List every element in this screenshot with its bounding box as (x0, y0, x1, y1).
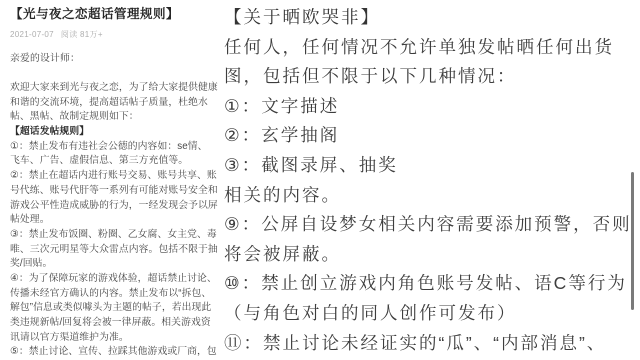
article-title: 【光与夜之恋超话管理规则】 (10, 6, 218, 23)
article-read-count: 阅读 81万+ (61, 30, 103, 40)
text-line: 和谐的交流环境，提高超话帖子质量，杜绝水 (10, 96, 218, 111)
text-line: 欢迎大家来到光与夜之恋，为了给大家提供健康 (10, 81, 218, 96)
text-line: 帖处理。 (10, 213, 218, 228)
text-line: 号代练、账号代肝等一系列有可能对账号安全和 (10, 184, 218, 199)
text-line: 奖/回贴。 (10, 257, 218, 272)
text-line: ③：禁止发布饭圈、粉圈、乙女腐、女主党、毒 (10, 228, 218, 243)
section-heading: 【超话发帖规则】 (10, 125, 218, 140)
text-line: ④：为了保障玩家的游戏体验，超话禁止讨论、 (10, 272, 218, 287)
article-panel: 【光与夜之恋超话管理规则】 2021-07-07 阅读 81万+ 亲爱的设计师：… (10, 6, 218, 360)
greeting-line: 亲爱的设计师： (10, 53, 218, 64)
article-date: 2021-07-07 (10, 30, 54, 40)
article-body: 欢迎大家来到光与夜之恋，为了给大家提供健康 和谐的交流环境，提高超话帖子质量，杜… (10, 81, 218, 360)
text-line: （与角色对白的同人创作可发布） (224, 299, 638, 329)
text-line: ⑪：禁止讨论未经证实的“瓜”、“内部消息”、 (224, 329, 638, 359)
article-meta: 2021-07-07 阅读 81万+ (10, 30, 218, 40)
text-line: 讯请以官方渠道维护为准。 (10, 331, 218, 346)
screenshot-root: 【光与夜之恋超话管理规则】 2021-07-07 阅读 81万+ 亲爱的设计师：… (0, 0, 640, 360)
text-line: 解包”信息或类似噱头为主题的帖子，若出现此 (10, 301, 218, 316)
text-line: 任何人，任何情况不允许单独发帖晒任何出货 (224, 33, 638, 63)
text-line: 将会被屏蔽。 (224, 240, 638, 270)
text-line: ⑤：禁止讨论、宣传、拉踩其他游戏或厂商，包 (10, 345, 218, 360)
text-line: 传播未经官方确认的内容。禁止发布以“拆包、 (10, 287, 218, 302)
scrollbar-thumb[interactable] (631, 172, 634, 310)
text-line: 游戏公平性造成威胁的行为，一经发现会予以屏 (10, 199, 218, 214)
text-line: 唯、三次元明星等大众雷点内容。包括不限于抽 (10, 243, 218, 258)
text-line: ①：禁止发布有违社会公德的内容如：se情、 (10, 140, 218, 155)
text-line: 相关的内容。 (224, 181, 638, 211)
text-line: ②：玄学抽阁 (224, 121, 638, 151)
text-line: 类违规新帖/回复将会被一律屏蔽。相关游戏资 (10, 316, 218, 331)
text-line: ①：文字描述 (224, 92, 638, 122)
rules-section-title: 【关于晒欧哭非】 (224, 3, 638, 33)
text-line: 飞车、广告、虚假信息、第三方充值等。 (10, 154, 218, 169)
text-line: 图，包括但不限于以下几种情况： (224, 62, 638, 92)
text-line: ⑩：禁止创立游戏内角色账号发帖、语C等行为 (224, 269, 638, 299)
text-line: ⑨：公屏自设梦女相关内容需要添加预警，否则 (224, 210, 638, 240)
text-line: ③：截图录屏、抽奖 (224, 151, 638, 181)
zoomed-rules-panel: 【关于晒欧哭非】 任何人，任何情况不允许单独发帖晒任何出货 图，包括但不限于以下… (224, 3, 638, 358)
text-line: 帖、黑帖、故制定规则如下： (10, 110, 218, 125)
text-line: ②：禁止在超话内进行账号交易、账号共享、账 (10, 169, 218, 184)
